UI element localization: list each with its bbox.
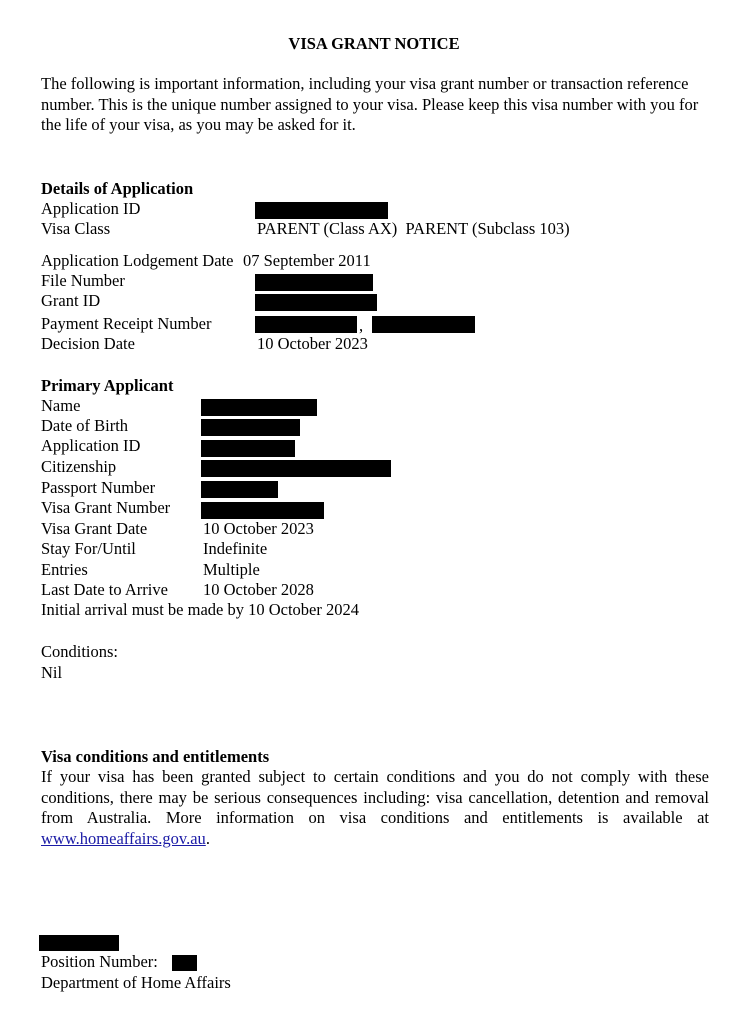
value-entries: Multiple bbox=[203, 560, 260, 580]
value-stay-for-until: Indefinite bbox=[203, 539, 267, 559]
label-stay-for-until: Stay For/Until bbox=[41, 539, 136, 559]
label-applicant-application-id: Application ID bbox=[41, 436, 140, 456]
page-title: VISA GRANT NOTICE bbox=[0, 34, 748, 54]
conditions-label: Conditions: bbox=[41, 642, 118, 662]
value-lodgement-date: 07 September 2011 bbox=[243, 251, 371, 271]
label-visa-grant-date: Visa Grant Date bbox=[41, 519, 147, 539]
conditions-value: Nil bbox=[41, 663, 62, 683]
redacted-signatory-name bbox=[39, 935, 119, 951]
redacted-passport-number bbox=[201, 481, 278, 498]
redacted-position-number bbox=[172, 955, 197, 971]
redacted-date-of-birth bbox=[201, 419, 300, 436]
redacted-grant-id bbox=[255, 294, 377, 311]
label-visa-grant-number: Visa Grant Number bbox=[41, 498, 170, 518]
homeaffairs-link[interactable]: www.homeaffairs.gov.au bbox=[41, 829, 206, 848]
entitlements-text: If your visa has been granted subject to… bbox=[41, 767, 709, 827]
redacted-name bbox=[201, 399, 317, 416]
redacted-payment-receipt-2 bbox=[372, 316, 475, 333]
label-passport-number: Passport Number bbox=[41, 478, 155, 498]
application-heading: Details of Application bbox=[41, 179, 193, 199]
intro-paragraph: The following is important information, … bbox=[41, 74, 711, 136]
redacted-file-number bbox=[255, 274, 373, 291]
label-application-id: Application ID bbox=[41, 199, 140, 219]
redacted-citizenship bbox=[201, 460, 391, 477]
department-name: Department of Home Affairs bbox=[41, 973, 231, 993]
entitlements-heading: Visa conditions and entitlements bbox=[41, 747, 269, 767]
label-visa-class: Visa Class bbox=[41, 219, 110, 239]
value-visa-grant-date: 10 October 2023 bbox=[203, 519, 314, 539]
payment-receipt-separator: , bbox=[359, 316, 363, 336]
link-suffix: . bbox=[206, 829, 210, 848]
label-file-number: File Number bbox=[41, 271, 125, 291]
initial-arrival-note: Initial arrival must be made by 10 Octob… bbox=[41, 600, 359, 620]
label-entries: Entries bbox=[41, 560, 88, 580]
label-payment-receipt: Payment Receipt Number bbox=[41, 314, 211, 334]
value-visa-class: PARENT (Class AX) PARENT (Subclass 103) bbox=[257, 219, 570, 239]
label-date-of-birth: Date of Birth bbox=[41, 416, 128, 436]
applicant-heading: Primary Applicant bbox=[41, 376, 173, 396]
value-last-date-to-arrive: 10 October 2028 bbox=[203, 580, 314, 600]
label-name: Name bbox=[41, 396, 80, 416]
label-last-date-to-arrive: Last Date to Arrive bbox=[41, 580, 168, 600]
label-decision-date: Decision Date bbox=[41, 334, 135, 354]
redacted-visa-grant-number bbox=[201, 502, 324, 519]
entitlements-paragraph: If your visa has been granted subject to… bbox=[41, 767, 709, 849]
redacted-payment-receipt-1 bbox=[255, 316, 357, 333]
label-citizenship: Citizenship bbox=[41, 457, 116, 477]
value-decision-date: 10 October 2023 bbox=[257, 334, 368, 354]
position-number-label: Position Number: bbox=[41, 952, 158, 972]
label-lodgement-date: Application Lodgement Date bbox=[41, 251, 233, 271]
label-grant-id: Grant ID bbox=[41, 291, 100, 311]
redacted-application-id bbox=[255, 202, 388, 219]
redacted-applicant-application-id bbox=[201, 440, 295, 457]
